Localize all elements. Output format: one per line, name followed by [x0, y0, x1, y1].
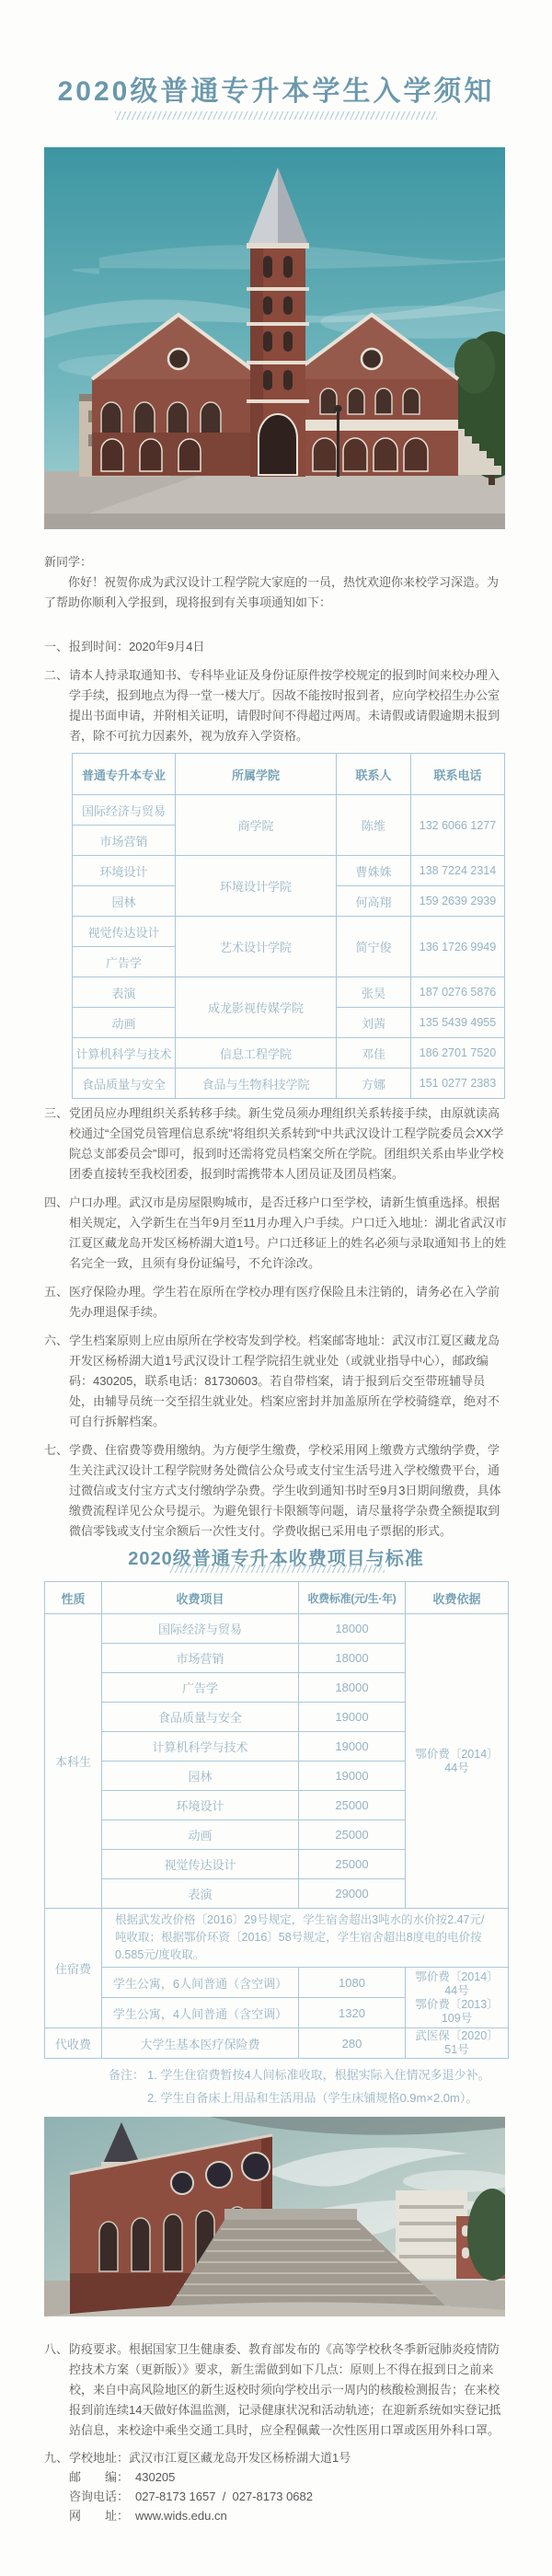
phone-cell: 159 2639 2939 [411, 886, 505, 917]
page-title: 2020级普通专升本学生入学须知 [0, 74, 552, 110]
notice-item-8-block: 八、 防疫要求。根据国家卫生健康委、教育部发布的《高等学校秋冬季新冠肺炎疫情防控… [44, 2339, 509, 2441]
college-cell: 艺术设计学院 [176, 917, 337, 977]
item-text: 报到时间：2020年9月4日 [69, 637, 509, 657]
fee-amount-cell: 19000 [299, 1732, 406, 1762]
intro-paragraph: 你好！祝贺你成为武汉设计工程学院大家庭的一员，热忱欢迎你来校学习深造。为了帮助你… [44, 572, 509, 613]
nature-cell: 住宿费 [45, 1909, 102, 2028]
col-header-item: 收费项目 [102, 1582, 299, 1614]
nature-cell: 本科生 [45, 1614, 102, 1909]
fees-remark: 备注： 1. 学生住宿费暂按4人间标准收取，根据实际入住情况多退少补。 2. 学… [109, 2063, 495, 2109]
fee-item-cell: 环境设计 [102, 1791, 299, 1820]
college-cell: 信息工程学院 [176, 1038, 337, 1069]
item-text: 防疫要求。根据国家卫生健康委、教育部发布的《高等学校秋冬季新冠肺炎疫情防控技术方… [69, 2339, 509, 2441]
fees-table: 性质 收费项目 收费标准(元/生·年) 收费依据 本科生 国际经济与贸易 180… [44, 1581, 509, 2059]
notice-item-9-block: 九、 学校地址：武汉市江夏区藏龙岛开发区杨桥湖大道1号 邮 编： 430205 … [44, 2448, 509, 2525]
major-cell: 国际经济与贸易 [73, 795, 176, 826]
phone-cell: 136 1726 9949 [411, 917, 505, 977]
contact-cell: 张昊 [337, 977, 411, 1008]
phone-cell: 132 6066 1277 [411, 795, 505, 856]
hatch-divider [168, 1565, 385, 1573]
contact-cell: 陈维 [337, 795, 411, 856]
intro-block: 新同学： 你好！祝贺你成为武汉设计工程学院大家庭的一员，热忱欢迎你来校学习深造。… [44, 552, 509, 746]
table-row: 住宿费 根据武发改价格〔2016〕29号规定，学生宿舍超出3吨水的水价按2.47… [45, 1909, 509, 1968]
item-text: 请本人持录取通知书、专科毕业证及身份证原件按学校规定的报到时间来校办理入学手续，… [69, 665, 509, 746]
item-number: 三、 [44, 1103, 69, 1184]
item-text-and-contacts: 学校地址：武汉市江夏区藏龙岛开发区杨桥湖大道1号 邮 编： 430205 咨询电… [69, 2448, 509, 2525]
notice-item-9: 九、 学校地址：武汉市江夏区藏龙岛开发区杨桥湖大道1号 邮 编： 430205 … [44, 2448, 509, 2525]
item-number: 八、 [44, 2339, 69, 2441]
fee-item-cell: 园林 [102, 1762, 299, 1791]
col-header-college: 所属学院 [176, 754, 337, 795]
college-cell: 食品与生物科技学院 [176, 1069, 337, 1099]
fee-amount-cell: 18000 [299, 1614, 406, 1644]
item-text: 医疗保险办理。学生若在原所在学校办理有医疗保险且未注销的，请务必在入学前先办理退… [69, 1282, 509, 1323]
fee-item-cell: 表演 [102, 1879, 299, 1909]
table-row: 本科生 国际经济与贸易 18000 鄂价费〔2014〕44号 [45, 1614, 509, 1644]
fee-amount-cell: 1320 [299, 1998, 406, 2028]
table-row: 国际经济与贸易 商学院 陈维 132 6066 1277 [73, 795, 505, 826]
notice-page: 2020级普通专升本学生入学须知 [0, 0, 552, 2576]
basis-line: 鄂价费〔2013〕109号 [411, 1998, 502, 2026]
phone-label: 咨询电话： [69, 2487, 135, 2506]
phone-cell: 135 5439 4955 [411, 1008, 505, 1038]
fee-amount-cell: 280 [299, 2028, 406, 2059]
contact-cell: 邓佳 [337, 1038, 411, 1069]
college-cell: 环境设计学院 [176, 856, 337, 917]
fee-item-cell: 动画 [102, 1820, 299, 1850]
notice-item-1: 一、 报到时间：2020年9月4日 [44, 637, 509, 657]
table-row: 食品质量与安全 食品与生物科技学院 方娜 151 0277 2383 [73, 1069, 505, 1099]
notice-item-3: 三、 党团员应办理组织关系转移手续。新生党员须办理组织关系转接手续，由原就读高校… [44, 1103, 509, 1184]
contact-cell: 何高翔 [337, 886, 411, 917]
contact-cell: 曹姝姝 [337, 856, 411, 886]
fee-amount-cell: 19000 [299, 1762, 406, 1791]
fee-item-cell: 广告学 [102, 1673, 299, 1703]
zip-line: 邮 编： 430205 [69, 2467, 509, 2487]
item-number: 五、 [44, 1282, 69, 1323]
salutation: 新同学： [44, 552, 509, 572]
contact-cell: 刘茜 [337, 1008, 411, 1038]
notice-item-8: 八、 防疫要求。根据国家卫生健康委、教育部发布的《高等学校秋冬季新冠肺炎疫情防控… [44, 2339, 509, 2441]
basis-line: 鄂价费〔2014〕44号 [411, 1970, 502, 1998]
fee-amount-cell: 25000 [299, 1820, 406, 1850]
basis-cell: 鄂价费〔2014〕44号 [406, 1614, 509, 1909]
remark-line-1: 1. 学生住宿费暂按4人间标准收取，根据实际入住情况多退少补。 [147, 2063, 490, 2086]
table-row: 计算机科学与技术 信息工程学院 邓佳 186 2701 7520 [73, 1038, 505, 1069]
remark-line-2: 2. 学生自备床上用品和生活用品（学生床铺规格0.9m×2.0m）。 [147, 2086, 490, 2109]
table-row: 视觉传达设计 艺术设计学院 简宁俊 136 1726 9949 [73, 917, 505, 947]
fee-amount-cell: 19000 [299, 1703, 406, 1732]
major-cell: 动画 [73, 1008, 176, 1038]
major-cell: 表演 [73, 977, 176, 1008]
fee-item-cell: 大学生基本医疗保险费 [102, 2028, 299, 2059]
college-cell: 成龙影视传媒学院 [176, 977, 337, 1038]
item-number: 二、 [44, 665, 69, 746]
major-cell: 市场营销 [73, 826, 176, 856]
phone-cell: 151 0277 2383 [411, 1069, 505, 1099]
col-header-basis: 收费依据 [406, 1582, 509, 1614]
major-cell: 环境设计 [73, 856, 176, 886]
item-text: 学生档案原则上应由原所在学校寄发到学校。档案邮寄地址：武汉市江夏区藏龙岛开发区杨… [69, 1331, 509, 1432]
fee-item-cell: 市场营销 [102, 1644, 299, 1673]
table-row: 环境设计 环境设计学院 曹姝姝 138 7224 2314 [73, 856, 505, 886]
nature-cell: 代收费 [45, 2028, 102, 2059]
majors-contact-table: 普通专升本专业 所属学院 联系人 联系电话 国际经济与贸易 商学院 陈维 132… [72, 753, 505, 1099]
item-number: 九、 [44, 2448, 69, 2525]
table-header-row: 性质 收费项目 收费标准(元/生·年) 收费依据 [45, 1582, 509, 1614]
fee-item-cell: 学生公寓，6人间普通（含空调） [102, 1968, 299, 1998]
fee-item-cell: 国际经济与贸易 [102, 1614, 299, 1644]
campus-photo-2 [44, 2117, 505, 2316]
phone-value: 027-8173 1657 / 027-8173 0682 [135, 2487, 313, 2506]
item-text: 户口办理。武汉市是房屋限购城市，是否迁移户口至学校，请新生慎重选择。根据相关规定… [69, 1193, 509, 1274]
col-header-standard: 收费标准(元/生·年) [299, 1582, 406, 1614]
notice-item-4: 四、 户口办理。武汉市是房屋限购城市，是否迁移户口至学校，请新生慎重选择。根据相… [44, 1193, 509, 1274]
major-cell: 广告学 [73, 947, 176, 977]
phone-cell: 186 2701 7520 [411, 1038, 505, 1069]
notice-item-6: 六、 学生档案原则上应由原所在学校寄发到学校。档案邮寄地址：武汉市江夏区藏龙岛开… [44, 1331, 509, 1432]
notice-item-2: 二、 请本人持录取通知书、专科毕业证及身份证原件按学校规定的报到时间来校办理入学… [44, 665, 509, 746]
contact-cell: 简宁俊 [337, 917, 411, 977]
fee-item-cell: 食品质量与安全 [102, 1703, 299, 1732]
fee-amount-cell: 29000 [299, 1879, 406, 1909]
major-cell: 视觉传达设计 [73, 917, 176, 947]
hatch-divider [115, 111, 437, 120]
phone-cell: 138 7224 2314 [411, 856, 505, 886]
contact-cell: 方娜 [337, 1069, 411, 1099]
table-row: 代收费 大学生基本医疗保险费 280 武医保〔2020〕51号 [45, 2028, 509, 2059]
remark-lines: 1. 学生住宿费暂按4人间标准收取，根据实际入住情况多退少补。 2. 学生自备床… [147, 2063, 490, 2109]
fee-item-cell: 视觉传达设计 [102, 1850, 299, 1879]
remark-label: 备注： [109, 2063, 147, 2109]
school-address: 学校地址：武汉市江夏区藏龙岛开发区杨桥湖大道1号 [69, 2448, 509, 2467]
fee-amount-cell: 25000 [299, 1850, 406, 1879]
major-cell: 计算机科学与技术 [73, 1038, 176, 1069]
item-number: 一、 [44, 637, 69, 657]
notice-item-5: 五、 医疗保险办理。学生若在原所在学校办理有医疗保险且未注销的，请务必在入学前先… [44, 1282, 509, 1323]
college-cell: 商学院 [176, 795, 337, 856]
website-value: www.wids.edu.cn [135, 2506, 227, 2525]
phone-cell: 187 0276 5876 [411, 977, 505, 1008]
website-line: 网 址： www.wids.edu.cn [69, 2506, 509, 2525]
website-label: 网 址： [69, 2506, 135, 2525]
fee-amount-cell: 18000 [299, 1644, 406, 1673]
dorm-utility-note: 根据武发改价格〔2016〕29号规定，学生宿舍超出3吨水的水价按2.47元/吨收… [102, 1909, 509, 1968]
col-header-major: 普通专升本专业 [73, 754, 176, 795]
table-row: 学生公寓，6人间普通（含空调） 1080 鄂价费〔2014〕44号 鄂价费〔20… [45, 1968, 509, 1998]
col-header-phone: 联系电话 [411, 754, 505, 795]
basis-cell: 鄂价费〔2014〕44号 鄂价费〔2013〕109号 [406, 1968, 509, 2028]
major-cell: 食品质量与安全 [73, 1069, 176, 1099]
major-cell: 园林 [73, 886, 176, 917]
table-header-row: 普通专升本专业 所属学院 联系人 联系电话 [73, 754, 505, 795]
fee-amount-cell: 18000 [299, 1673, 406, 1703]
fee-item-cell: 计算机科学与技术 [102, 1732, 299, 1762]
item-number: 四、 [44, 1193, 69, 1274]
notice-items-block: 三、 党团员应办理组织关系转移手续。新生党员须办理组织关系转接手续，由原就读高校… [44, 1103, 509, 1542]
col-header-nature: 性质 [45, 1582, 102, 1614]
col-header-contact: 联系人 [337, 754, 411, 795]
campus-photo-1 [44, 147, 505, 529]
fee-amount-cell: 25000 [299, 1791, 406, 1820]
item-text: 学费、住宿费等费用缴纳。为方便学生缴费，学校采用网上缴费方式缴纳学费，学生关注武… [69, 1440, 509, 1542]
notice-item-7: 七、 学费、住宿费等费用缴纳。为方便学生缴费，学校采用网上缴费方式缴纳学费，学生… [44, 1440, 509, 1542]
item-text: 党团员应办理组织关系转移手续。新生党员须办理组织关系转接手续，由原就读高校通过“… [69, 1103, 509, 1184]
zip-label: 邮 编： [69, 2467, 135, 2487]
phone-line: 咨询电话： 027-8173 1657 / 027-8173 0682 [69, 2487, 509, 2506]
item-number: 六、 [44, 1331, 69, 1432]
item-number: 七、 [44, 1440, 69, 1542]
fee-item-cell: 学生公寓，4人间普通（含空调） [102, 1998, 299, 2028]
fee-amount-cell: 1080 [299, 1968, 406, 1998]
basis-cell: 武医保〔2020〕51号 [406, 2028, 509, 2059]
table-row: 表演 成龙影视传媒学院 张昊 187 0276 5876 [73, 977, 505, 1008]
zip-value: 430205 [135, 2467, 175, 2487]
